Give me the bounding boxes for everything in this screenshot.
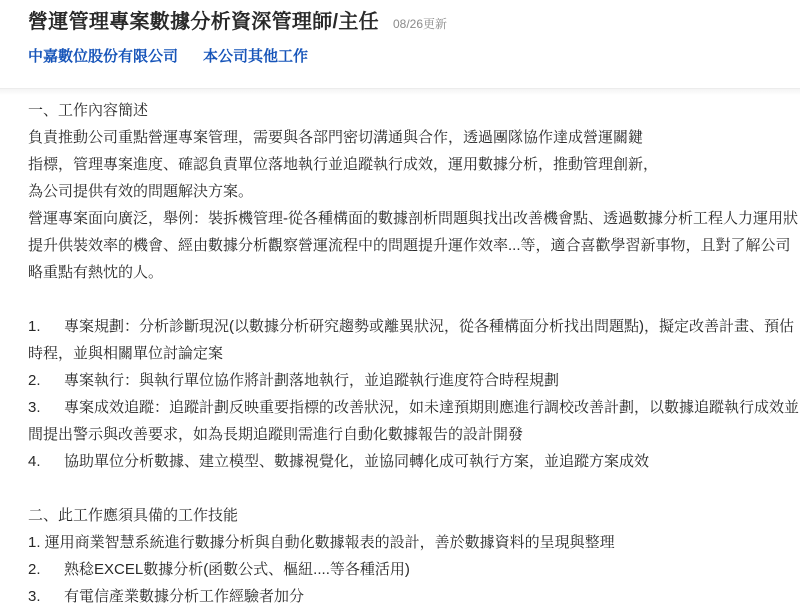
skill-number: 3. bbox=[28, 583, 64, 607]
company-name-link[interactable]: 中嘉數位股份有限公司 bbox=[28, 45, 178, 66]
duty-number: 4. bbox=[28, 448, 64, 475]
job-header: 營運管理專案數據分析資深管理師/主任 08/26更新 中嘉數位股份有限公司 本公… bbox=[0, 0, 800, 88]
job-title: 營運管理專案數據分析資深管理師/主任 bbox=[28, 5, 379, 34]
duty-text: 專案執行：與執行單位協作將計劃落地執行，並追蹤執行進度符合時程規劃 bbox=[64, 372, 559, 389]
skill-text: 有電信產業數據分析工作經驗者加分 bbox=[64, 588, 304, 605]
skill-number: 2. bbox=[28, 556, 64, 583]
update-date: 08/26更新 bbox=[393, 15, 447, 32]
skill-item: 1. 運用商業智慧系統進行數據分析與自動化數據報表的設計，善於數據資料的呈現與整… bbox=[28, 529, 800, 556]
duty-continuation: 時程，並與相關單位討論定案 bbox=[28, 340, 800, 367]
duty-text: 專案成效追蹤：追蹤計劃反映重要指標的改善狀況，如未達預期則應進行調校改善計劃，以… bbox=[64, 399, 799, 416]
duty-text: 協助單位分析數據、建立模型、數據視覺化，並協同轉化成可執行方案，並追蹤方案成效 bbox=[64, 453, 649, 470]
skill-item: 2.熟稔EXCEL數據分析(函數公式、樞紐....等各種活用) bbox=[28, 556, 800, 583]
duty-item: 2.專案執行：與執行單位協作將計劃落地執行，並追蹤執行進度符合時程規劃 bbox=[28, 367, 800, 394]
paragraph-line: 略重點有熱忱的人。 bbox=[28, 259, 800, 286]
paragraph-line: 為公司提供有效的問題解決方案。 bbox=[28, 178, 800, 205]
paragraph-line: 負責推動公司重點營運專案管理，需要與各部門密切溝通與合作，透過團隊協作達成營運關… bbox=[28, 124, 800, 151]
skill-item: 3.有電信產業數據分析工作經驗者加分 bbox=[28, 583, 800, 607]
duty-number: 3. bbox=[28, 394, 64, 421]
job-description: 一、工作內容簡述 負責推動公司重點營運專案管理，需要與各部門密切溝通與合作，透過… bbox=[28, 97, 800, 607]
blank-line bbox=[28, 475, 800, 502]
duty-item: 4.協助單位分析數據、建立模型、數據視覺化，並協同轉化成可執行方案，並追蹤方案成… bbox=[28, 448, 800, 475]
duty-continuation: 間提出警示與改善要求，如為長期追蹤則需進行自動化數據報告的設計開發 bbox=[28, 421, 800, 448]
skill-text: 1. 運用商業智慧系統進行數據分析與自動化數據報表的設計，善於數據資料的呈現與整… bbox=[28, 534, 615, 551]
duty-number: 2. bbox=[28, 367, 64, 394]
duty-item: 3.專案成效追蹤：追蹤計劃反映重要指標的改善狀況，如未達預期則應進行調校改善計劃… bbox=[28, 394, 800, 421]
other-jobs-link[interactable]: 本公司其他工作 bbox=[203, 45, 308, 66]
section2-heading: 二、此工作應須具備的工作技能 bbox=[28, 502, 800, 529]
title-row: 營運管理專案數據分析資深管理師/主任 08/26更新 bbox=[28, 5, 447, 34]
duty-text: 專案規劃：分析診斷現況(以數據分析研究趨勢或離異狀況，從各種構面分析找出問題點)… bbox=[64, 318, 794, 335]
duty-number: 1. bbox=[28, 313, 64, 340]
paragraph-line: 提升供裝效率的機會、經由數據分析觀察營運流程中的問題提升運作效率...等，適合喜… bbox=[28, 232, 800, 259]
duty-item: 1.專案規劃：分析診斷現況(以數據分析研究趨勢或離異狀況，從各種構面分析找出問題… bbox=[28, 313, 800, 340]
section1-heading: 一、工作內容簡述 bbox=[28, 97, 800, 124]
header-divider-shadow bbox=[0, 89, 800, 95]
blank-line bbox=[28, 286, 800, 313]
paragraph-line: 營運專案面向廣泛，舉例：裝拆機管理-從各種構面的數據剖析問題與找出改善機會點、透… bbox=[28, 205, 800, 232]
skill-text: 熟稔EXCEL數據分析(函數公式、樞紐....等各種活用) bbox=[64, 561, 410, 578]
company-row: 中嘉數位股份有限公司 本公司其他工作 bbox=[28, 45, 308, 66]
paragraph-line: 指標，管理專案進度、確認負責單位落地執行並追蹤執行成效，運用數據分析，推動管理創… bbox=[28, 151, 800, 178]
